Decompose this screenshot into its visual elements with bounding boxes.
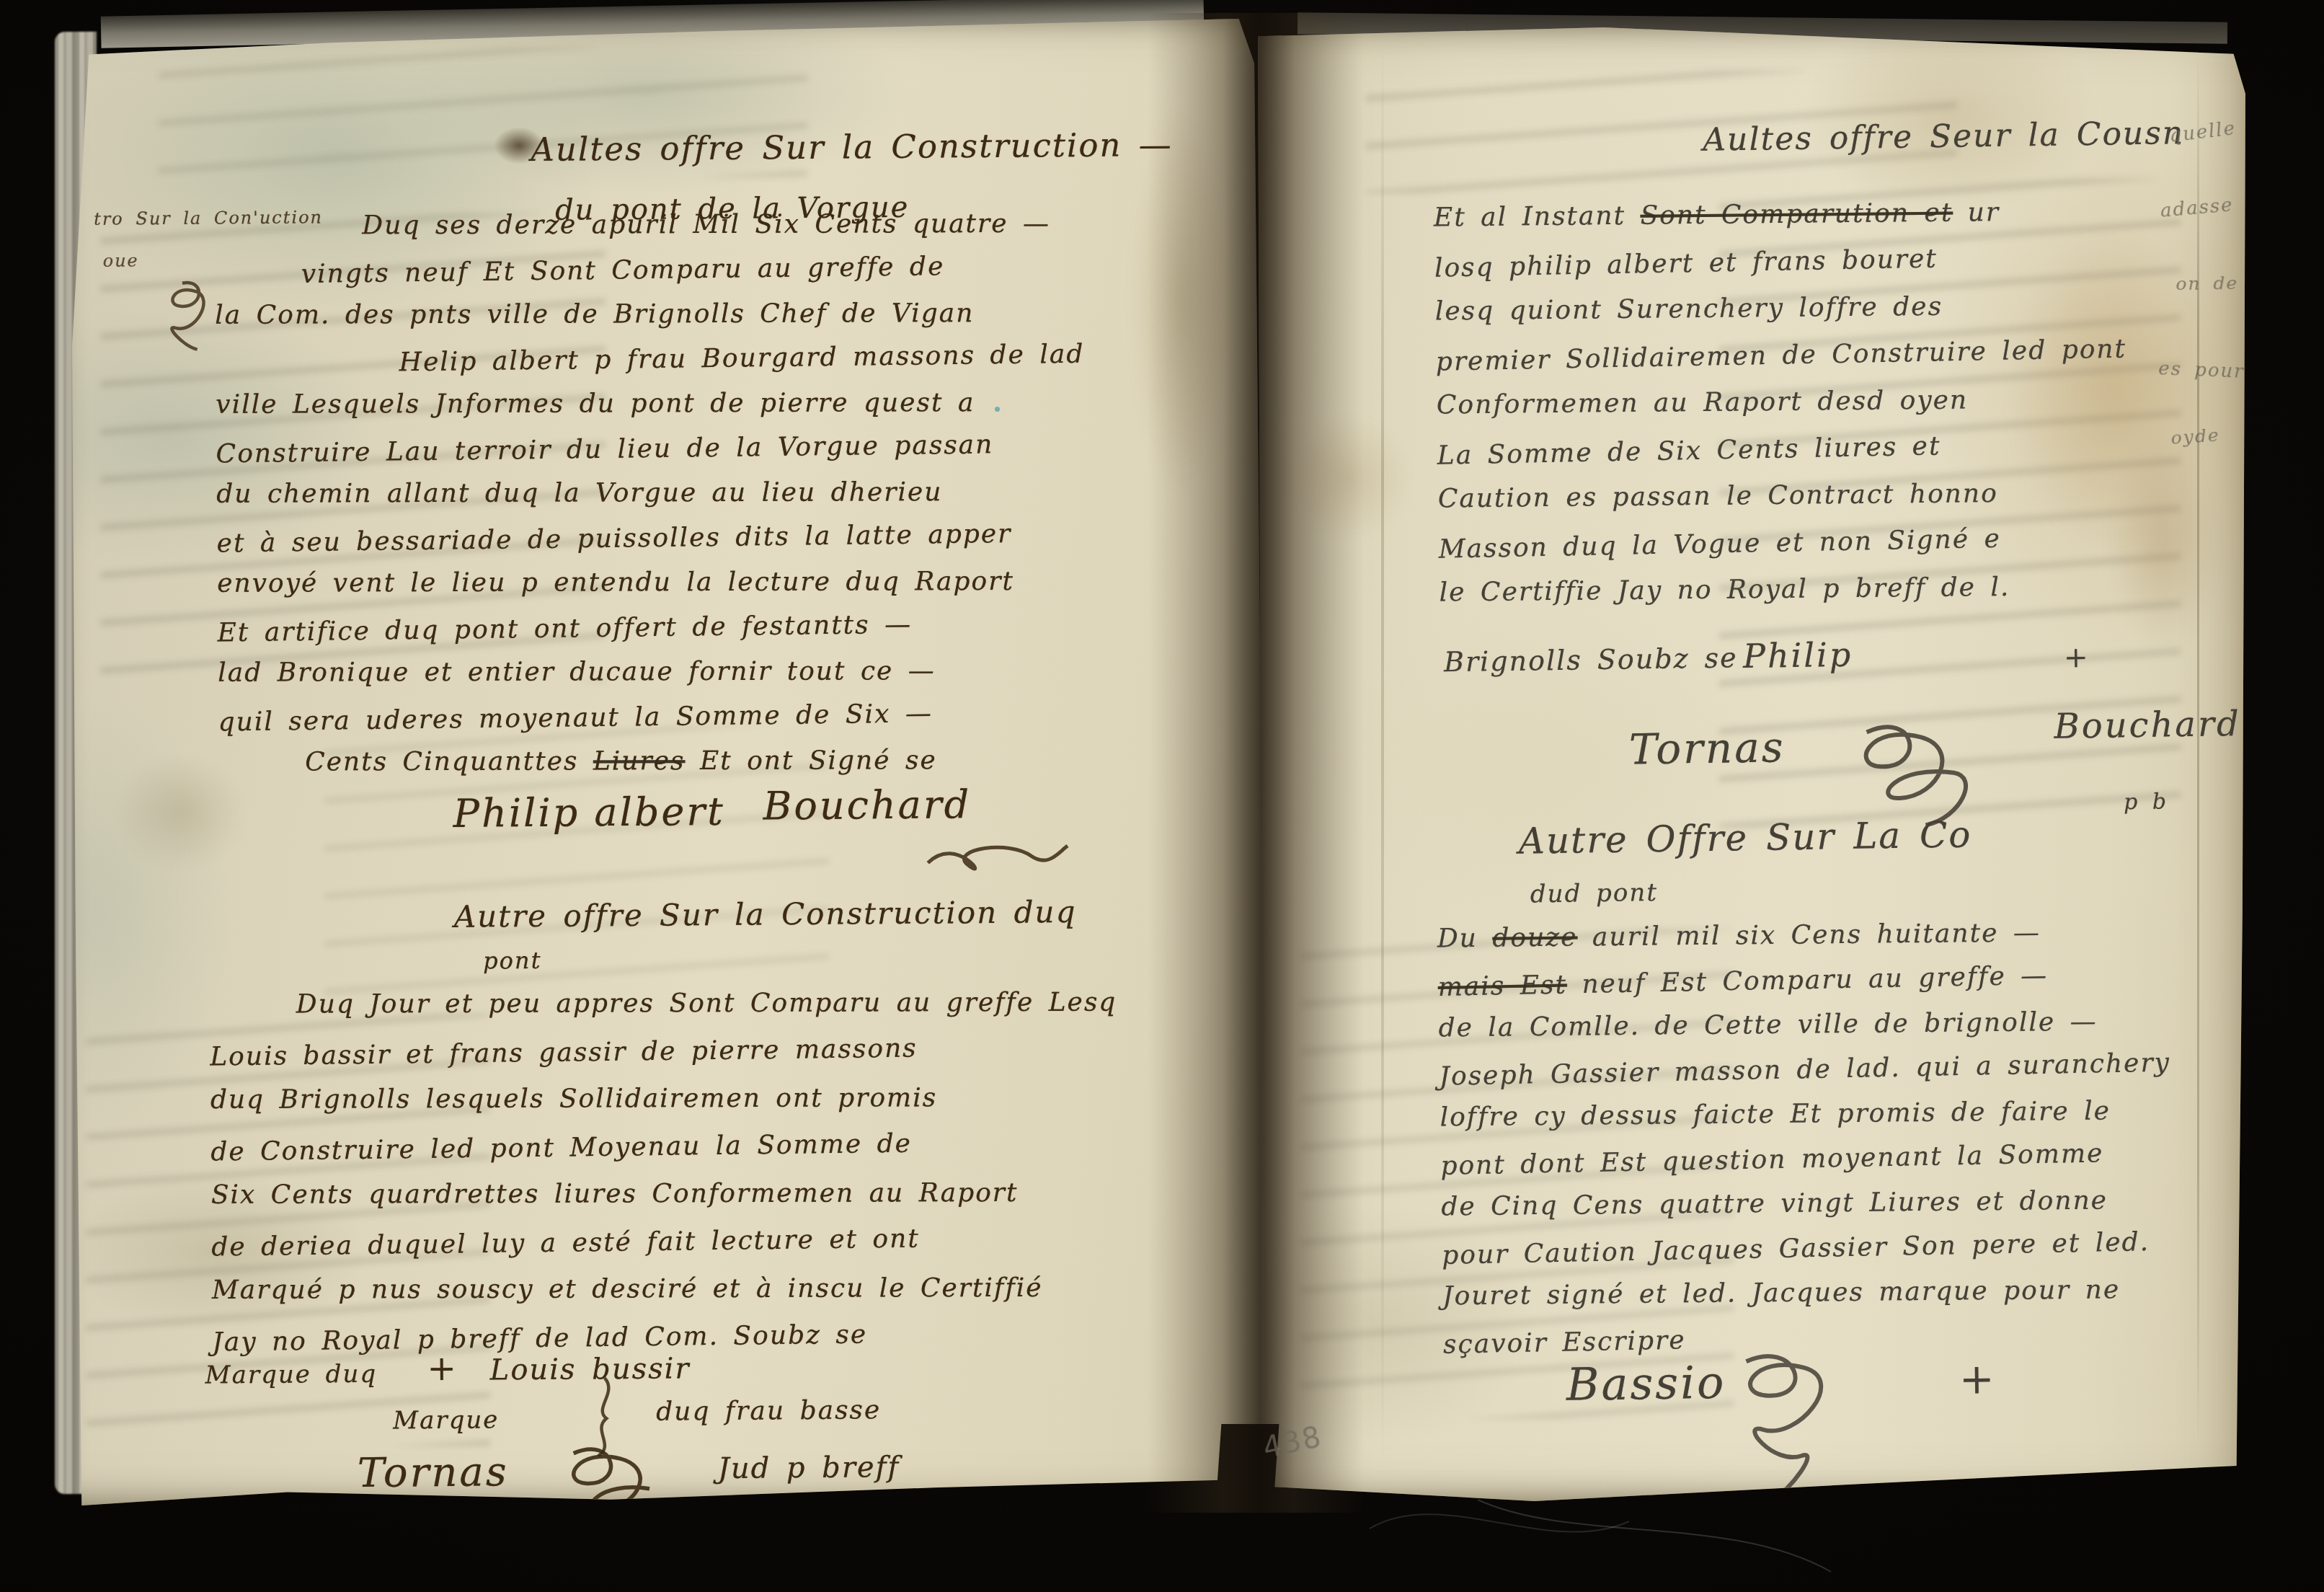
marque-label: Marque duq: [205, 1360, 378, 1390]
cross-mark: +: [1959, 1354, 1995, 1404]
page-fold-line: [2197, 50, 2199, 1449]
notary-paraph: [551, 1430, 704, 1505]
section-heading: Autre Offre Sur La Co: [1518, 813, 1972, 862]
marque-label: Marque: [393, 1405, 499, 1435]
manuscript-line: Marqué p nus souscy et desciré et à insc…: [212, 1273, 1207, 1323]
manuscript-line: lad Bronique et entier ducaue fornir tou…: [218, 655, 1212, 703]
manuscript-line: Six Cents quardrettes liures Conformemen…: [211, 1177, 1206, 1228]
manuscript-line: ville Lesquels Jnformes du pont de pierr…: [216, 387, 1210, 435]
signature-bouchard: Bouchard: [2054, 704, 2241, 747]
witness-name: Louis bussir: [490, 1352, 691, 1387]
manuscript-line: Construire Lau terroir du lieu de la Vor…: [216, 428, 1211, 485]
left-page: tro Sur la Con'uction oue Aultes offre S…: [72, 19, 1269, 1505]
manuscript-line: de Construire led pont Moyenau la Somme …: [210, 1126, 1206, 1185]
margin-note-line: oue: [103, 250, 139, 270]
page-crease: [1381, 43, 1384, 1471]
manuscript-line: et à seu bessariade de puissolles dits l…: [216, 517, 1212, 574]
section-heading: pont: [483, 947, 542, 975]
signature-flourish: [922, 826, 1074, 885]
struck-words: Sont Comparution et: [1640, 198, 1953, 231]
signature-tornas: Tornas: [358, 1449, 509, 1497]
manuscript-line: Duq Jour et peu appres Sont Comparu au g…: [210, 987, 1205, 1038]
notary-suffix: Jud p breff: [718, 1451, 900, 1485]
cross-mark: +: [2064, 641, 2088, 674]
signature-bouchard: Bouchard: [763, 782, 971, 828]
manuscript-line: duq Brignolls lesquels Sollidairemen ont…: [210, 1082, 1205, 1133]
struck-word: douze: [1492, 923, 1578, 953]
signature-tornas: Tornas: [1628, 722, 1786, 774]
margin-flourish: [154, 277, 219, 357]
manuscript-line: le Certiffie Jay no Royal p breff de l.: [1440, 570, 2233, 625]
manuscript-line: Duq ses derze apuril Mil Six Cents quatr…: [214, 208, 1209, 256]
section-heading: Aultes offre Seur la Cousn: [1703, 115, 2185, 159]
signature-suffix: p b: [2124, 789, 2168, 815]
manuscript-line: du chemin allant duq la Vorgue au lieu d…: [216, 477, 1211, 524]
witness-name: duq frau basse: [656, 1395, 881, 1426]
manuscript-line: Et artifice duq pont ont offert de festa…: [217, 606, 1212, 663]
manuscript-line: envoyé vent le lieu p entendu la lecture…: [217, 566, 1212, 614]
witness-brace-mark: [580, 1374, 624, 1460]
manuscript-line: Cents Cinquanttes Liures Et ont Signé se: [218, 745, 1213, 792]
manuscript-line: quil sera uderes moyenaut la Somme de Si…: [218, 696, 1213, 753]
manuscript-line: Helip albert p frau Bourgard massons de …: [215, 338, 1210, 395]
section-heading: dud pont: [1530, 878, 1659, 909]
closing-line: Brignolls Soubz se: [1444, 642, 1738, 678]
struck-word: Liures: [593, 746, 686, 776]
manuscript-line: Louis bassir et frans gassir de pierre m…: [210, 1030, 1205, 1090]
manuscript-photo: tro Sur la Con'uction oue Aultes offre S…: [0, 0, 2324, 1592]
manuscript-line: de deriea duquel luy a esté fait lecture…: [211, 1221, 1207, 1281]
witness-cross-mark: +: [427, 1348, 456, 1389]
right-page: Aultes offre Seur la Cousn quelle adasse…: [1258, 27, 2245, 1501]
manuscript-line: vingts neuf Et Sont Comparu au greffe de: [215, 249, 1210, 306]
signature-bassio: Bassio: [1566, 1356, 1726, 1411]
signature-philip-albert: Philip albert: [453, 789, 725, 836]
section-heading: Autre offre Sur la Construction duq: [454, 894, 1077, 934]
manuscript-line: la Com. des pnts ville de Brignolls Chef…: [215, 298, 1210, 345]
signature-philip: Philip: [1743, 635, 1853, 676]
section-heading: Aultes offre Sur la Construction —: [531, 125, 1173, 169]
struck-words: mais Est: [1437, 970, 1567, 1001]
